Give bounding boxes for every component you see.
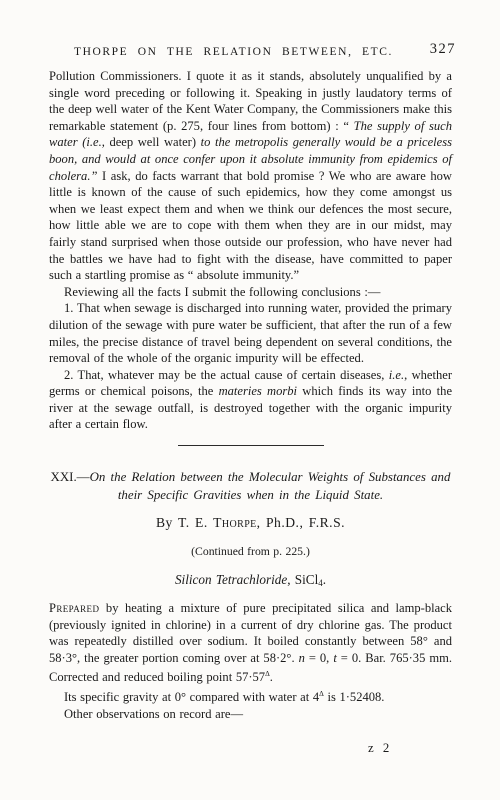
other-observations-line: Other observations on record are—: [49, 706, 452, 723]
preparation-paragraph-segment: .: [270, 671, 273, 685]
preparation-paragraph-segment: = 0,: [305, 651, 333, 665]
text-column: THORPE ON THE RELATION BETWEEN, ETC. 327…: [49, 46, 452, 723]
article-byline: By T. E. Thorpe, Ph.D., F.R.S.: [49, 515, 452, 532]
compound-heading: Silicon Tetrachloride, SiCl4.: [49, 572, 452, 592]
preparation-paragraph-segment: Prepared: [49, 601, 99, 615]
conclusion-2: 2. That, whatever may be the actual caus…: [49, 367, 452, 433]
conclusions-intro: Reviewing all the facts I submit the fol…: [49, 284, 452, 301]
continuation-paragraph-segment: I ask, do facts warrant that bold promis…: [49, 169, 452, 283]
continuation-paragraph-segment: deep well water): [109, 135, 200, 149]
conclusion-2-segment: i.e.: [389, 368, 404, 382]
conclusion-1-segment: 1. That when sewage is discharged into r…: [49, 301, 452, 365]
article-byline-segment: Thorpe: [213, 515, 257, 530]
article-byline-segment: By T. E.: [156, 515, 213, 530]
specific-gravity-line-segment: is 1·52408.: [324, 690, 385, 704]
running-header: THORPE ON THE RELATION BETWEEN, ETC. 327: [49, 46, 452, 59]
compound-heading-segment: Silicon Tetrachloride: [175, 572, 287, 587]
conclusion-2-segment: 2. That, whatever may be the actual caus…: [64, 368, 389, 382]
continuation-note-segment: (Continued from p. 225.): [191, 545, 310, 558]
continuation-paragraph: Pollution Commissioners. I quote it as i…: [49, 68, 452, 284]
journal-page: THORPE ON THE RELATION BETWEEN, ETC. 327…: [0, 0, 500, 800]
preparation-paragraph: Prepared by heating a mixture of pure pr…: [49, 600, 452, 686]
section-divider: [178, 445, 324, 446]
article-byline-segment: , Ph.D., F.R.S.: [257, 515, 345, 530]
article-title-segment: XXI.—: [51, 470, 90, 484]
compound-heading-segment: .: [323, 572, 326, 587]
conclusion-2-segment: materies morbi: [219, 384, 297, 398]
specific-gravity-line-segment: Its specific gravity at 0° compared with…: [64, 690, 319, 704]
signature-mark: z 2: [368, 741, 392, 756]
article-title-segment: On the Relation between the Molecular We…: [90, 470, 451, 502]
page-body: Pollution Commissioners. I quote it as i…: [49, 68, 452, 723]
compound-heading-segment: , SiCl: [287, 572, 318, 587]
other-observations-line-segment: Other observations on record are—: [64, 707, 243, 721]
specific-gravity-line: Its specific gravity at 0° compared with…: [49, 686, 452, 706]
conclusion-1: 1. That when sewage is discharged into r…: [49, 300, 452, 366]
page-number: 327: [430, 43, 456, 56]
article-title: XXI.—On the Relation between the Molecul…: [49, 469, 452, 504]
continuation-note: (Continued from p. 225.): [49, 544, 452, 561]
running-title: THORPE ON THE RELATION BETWEEN, ETC.: [74, 46, 393, 58]
conclusions-intro-segment: Reviewing all the facts I submit the fol…: [64, 285, 380, 299]
